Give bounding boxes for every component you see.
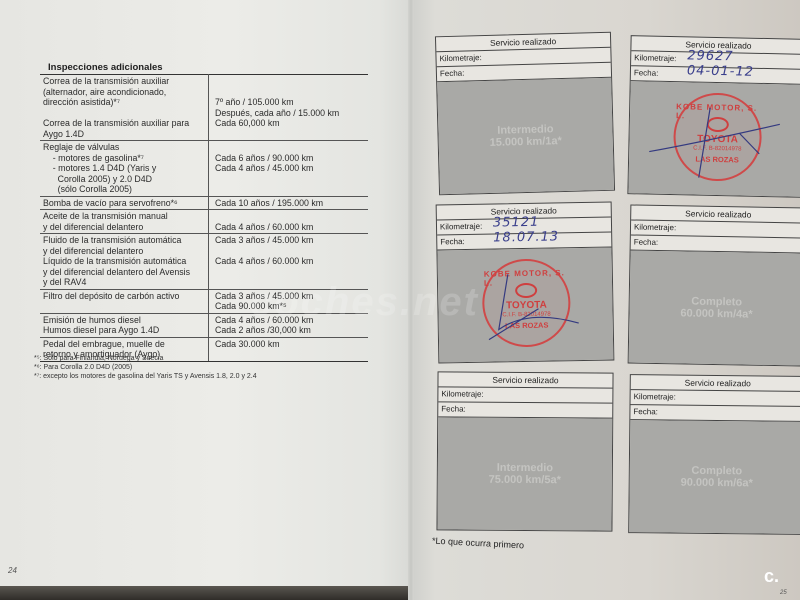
inspection-item: Reglaje de válvulas - motores de gasolin… xyxy=(40,141,209,197)
service-type-panel: Completo60.000 km/4a* xyxy=(629,250,800,365)
book-bottom-edge xyxy=(0,586,412,600)
service-interval: 15.000 km/1a* xyxy=(490,135,562,149)
watermark: coches.net xyxy=(250,280,479,325)
page-number-right: 25 xyxy=(780,590,787,596)
corner-logo: c. xyxy=(764,566,779,587)
table-row: Bomba de vacío para servofreno*⁶Cada 10 … xyxy=(40,196,368,210)
service-interval: 75.000 km/5a* xyxy=(489,474,561,487)
inspection-interval: Cada 6 años / 90.000 kmCada 4 años / 45.… xyxy=(209,141,369,197)
signature-icon xyxy=(639,101,791,184)
service-card: Servicio realizadoKilometraje:Fecha:Inte… xyxy=(436,371,613,531)
inspection-interval: Cada 10 años / 195.000 km xyxy=(209,196,369,210)
handwritten-mileage: 35121 xyxy=(493,216,540,231)
inspection-item: Bomba de vacío para servofreno*⁶ xyxy=(40,196,209,210)
service-card: Servicio realizadoKilometraje:Fecha:Comp… xyxy=(628,204,800,366)
service-type: Completo xyxy=(691,296,742,309)
footnote: *⁵: Sólo para Finlandia, Noruega y Sueci… xyxy=(34,354,257,363)
service-interval: 90.000 km/6a* xyxy=(681,477,753,490)
service-type: Completo xyxy=(691,465,742,478)
handwritten-mileage: 29627 xyxy=(687,49,734,64)
date-field[interactable]: Fecha: xyxy=(438,402,612,418)
table-row: Aceite de la transmisión manualy del dif… xyxy=(40,210,368,234)
handwritten-date: 18.07.13 xyxy=(493,230,559,245)
card-header: Servicio realizado xyxy=(438,372,612,388)
footnotes: *⁵: Sólo para Finlandia, Noruega y Sueci… xyxy=(34,354,257,381)
inspection-item: Emisión de humos dieselHumos diesel para… xyxy=(40,313,209,337)
service-type: Intermedio xyxy=(497,462,553,474)
inspection-item: Fluido de la transmisión automáticay del… xyxy=(40,234,209,290)
service-card: Servicio realizadoKilometraje:29627Fecha… xyxy=(627,35,800,198)
service-type-panel: KOBE MOTOR, S. L.TOYOTAC.I.F. B-82014978… xyxy=(628,81,800,197)
service-type-panel: Intermedio75.000 km/5a* xyxy=(437,417,612,530)
inspection-interval: 7º año / 105.000 kmDespués, cada año / 1… xyxy=(209,75,369,141)
service-type-panel: Completo90.000 km/6a* xyxy=(629,420,800,534)
inspection-item: Correa de la transmisión auxiliar(altern… xyxy=(40,75,209,141)
footnote: *⁶: Para Corolla 2.0 D4D (2005) xyxy=(34,363,257,372)
service-interval: 60.000 km/4a* xyxy=(680,307,752,320)
section-title: Inspecciones adicionales xyxy=(48,62,163,73)
table-row: Correa de la transmisión auxiliar(altern… xyxy=(40,75,368,141)
service-card: Servicio realizadoKilometraje:Fecha:Comp… xyxy=(628,374,800,535)
inspection-interval: Cada 4 años / 60.000 km xyxy=(209,210,369,234)
table-row: Reglaje de válvulas - motores de gasolin… xyxy=(40,141,368,197)
service-type-panel: Intermedio15.000 km/1a* xyxy=(437,78,614,195)
footnote: *⁷: excepto los motores de gasolina del … xyxy=(34,372,257,381)
mileage-field[interactable]: Kilometraje: xyxy=(438,387,612,403)
handwritten-date: 04-01-12 xyxy=(687,64,754,79)
page-number-left: 24 xyxy=(8,566,17,575)
inspection-item: Filtro del depósito de carbón activo xyxy=(40,289,209,313)
inspection-item: Aceite de la transmisión manualy del dif… xyxy=(40,210,209,234)
service-card: Servicio realizadoKilometraje:Fecha:Inte… xyxy=(435,32,615,196)
